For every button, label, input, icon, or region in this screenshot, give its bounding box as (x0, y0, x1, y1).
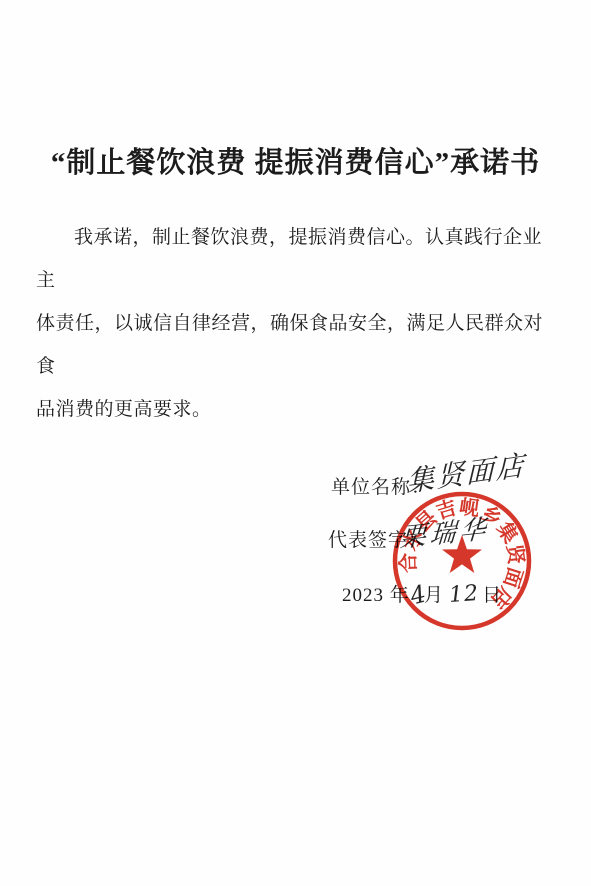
body-paragraph: 我承诺，制止餐饮浪费，提振消费信心。认真践行企业主 体责任，以诚信自律经营，确保… (36, 216, 556, 431)
body-line-2: 体责任，以诚信自律经营，确保食品安全，满足人民群众对食 (36, 302, 556, 388)
seal-char-1: 合 (396, 552, 421, 573)
seal-char-8: 贤 (502, 543, 528, 567)
seal-star-icon (442, 535, 482, 573)
document-page: “制止餐饮浪费 提振消费信心”承诺书 我承诺，制止餐饮浪费，提振消费信心。认真践… (0, 0, 591, 886)
official-seal-stamp: 合 水 县 吉 岘 乡 集 贤 面 店 (387, 486, 537, 636)
document-title: “制止餐饮浪费 提振消费信心”承诺书 (0, 140, 591, 181)
body-line-3: 品消费的更高要求。 (36, 388, 556, 431)
body-line-1: 我承诺，制止餐饮浪费，提振消费信心。认真践行企业主 (36, 216, 556, 302)
